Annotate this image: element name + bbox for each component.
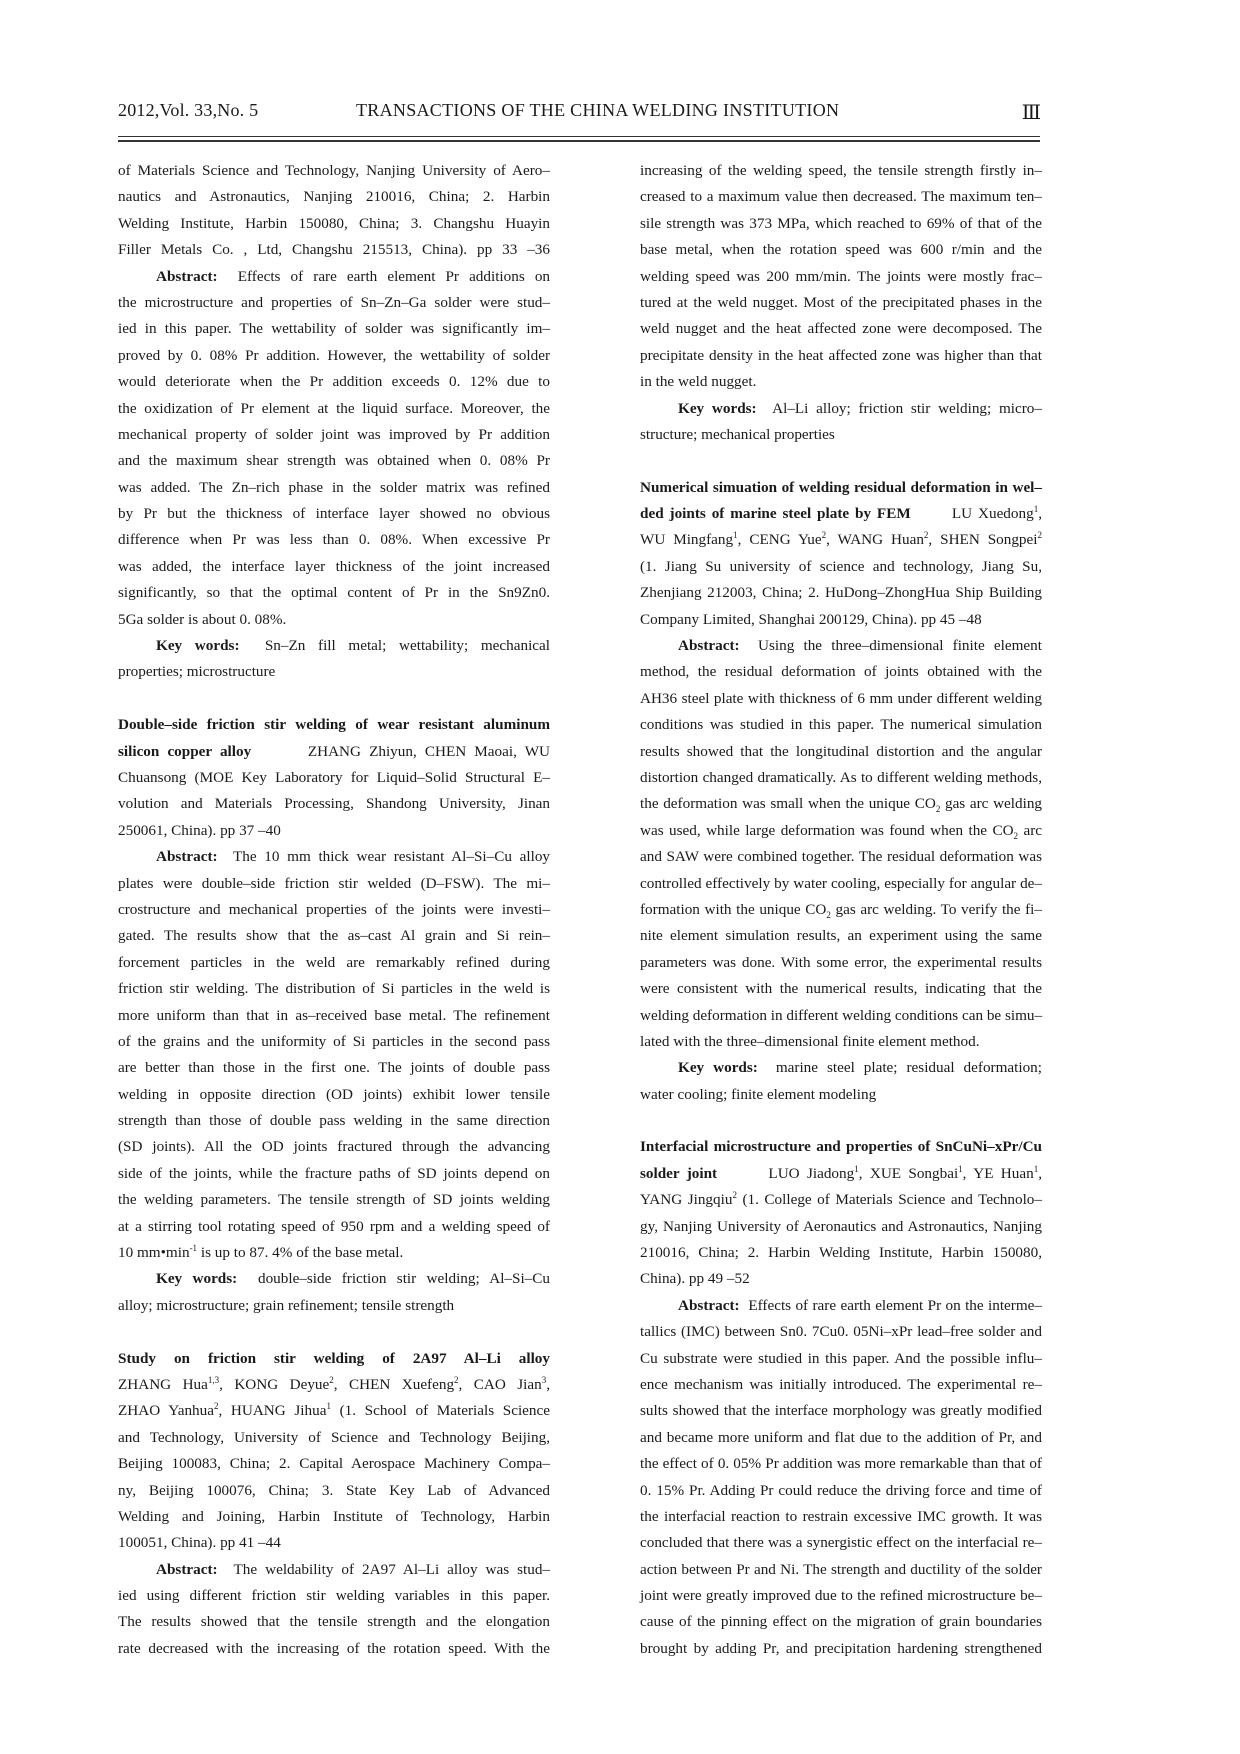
text-line: Cu substrate were studied in this paper.… xyxy=(640,1346,1042,1372)
text-line: the oxidization of Pr element at the liq… xyxy=(118,396,550,422)
header-rule-thin xyxy=(118,136,1040,137)
text-line: formation with the unique CO2 gas arc we… xyxy=(640,897,1042,923)
text-line: properties; microstructure xyxy=(118,659,550,685)
keywords-label: Key words: xyxy=(678,400,757,417)
text-line: ied using different friction stir weldin… xyxy=(118,1583,550,1609)
text-line: the microstructure and properties of Sn–… xyxy=(118,290,550,316)
abstract-label: Abstract: xyxy=(156,268,218,285)
text-line: rate decreased with the increasing of th… xyxy=(118,1636,550,1662)
keywords-label: Key words: xyxy=(156,637,240,654)
text-line: cause of the pinning effect on the migra… xyxy=(640,1609,1042,1635)
authors-line: ZHANG Hua1,3, KONG Deyue2, CHEN Xuefeng2… xyxy=(118,1372,550,1398)
text-line: the effect of 0. 05% Pr addition was mor… xyxy=(640,1451,1042,1477)
text-line: and SAW were combined together. The resi… xyxy=(640,844,1042,870)
text-line: 250061, China). pp 37 –40 xyxy=(118,818,550,844)
text-line: 5Ga solder is about 0. 08%. xyxy=(118,607,550,633)
text-line: of the grains and the uniformity of Si p… xyxy=(118,1029,550,1055)
text-line: the interfacial reaction to restrain exc… xyxy=(640,1504,1042,1530)
text-line: base metal, when the rotation speed was … xyxy=(640,237,1042,263)
title-authors-line: silicon copper alloy ZHANG Zhiyun, CHEN … xyxy=(118,739,550,765)
authors-line: ZHAO Yanhua2, HUANG Jihua1 (1. School of… xyxy=(118,1398,550,1424)
text-line: of Materials Science and Technology, Nan… xyxy=(118,158,550,184)
text-line: difference when Pr was less than 0. 08%.… xyxy=(118,527,550,553)
text-line: are better than those in the first one. … xyxy=(118,1055,550,1081)
abstract-line: Abstract: Effects of rare earth element … xyxy=(640,1293,1042,1319)
text-line: AH36 steel plate with thickness of 6 mm … xyxy=(640,686,1042,712)
text-line: Beijing 100083, China; 2. Capital Aerosp… xyxy=(118,1451,550,1477)
text-line: side of the joints, while the fracture p… xyxy=(118,1161,550,1187)
text-line: Chuansong (MOE Key Laboratory for Liquid… xyxy=(118,765,550,791)
text-line: proved by 0. 08% Pr addition. However, t… xyxy=(118,343,550,369)
article-4: Numerical simuation of welding residual … xyxy=(640,475,1042,1108)
keywords-label: Key words: xyxy=(678,1059,758,1076)
abstract-label: Abstract: xyxy=(678,637,740,654)
keywords-line: Key words: double–side friction stir wel… xyxy=(118,1266,550,1292)
article-3-continuation: increasing of the welding speed, the ten… xyxy=(640,158,1042,448)
text-line: sults showed that the interface morpholo… xyxy=(640,1398,1042,1424)
text-line: 210016, China; 2. Harbin Welding Institu… xyxy=(640,1240,1042,1266)
abstract-label: Abstract: xyxy=(156,1561,218,1578)
text-line: The results showed that the tensile stre… xyxy=(118,1609,550,1635)
right-column: increasing of the welding speed, the ten… xyxy=(640,158,1042,1662)
text-line: tallics (IMC) between Sn0. 7Cu0. 05Ni–xP… xyxy=(640,1319,1042,1345)
title-authors-line: ded joints of marine steel plate by FEM … xyxy=(640,501,1042,527)
text-line: brought by adding Pr, and precipitation … xyxy=(640,1636,1042,1662)
text-line: gated. The results show that the as–cast… xyxy=(118,923,550,949)
text-line: by Pr but the thickness of interface lay… xyxy=(118,501,550,527)
text-line: ence mechanism was initially introduced.… xyxy=(640,1372,1042,1398)
text-line: was added. The Zn–rich phase in the sold… xyxy=(118,475,550,501)
text-line: the deformation was small when the uniqu… xyxy=(640,791,1042,817)
text-line: water cooling; finite element modeling xyxy=(640,1082,1042,1108)
text-line: Filler Metals Co. , Ltd, Changshu 215513… xyxy=(118,237,550,263)
text-line: controlled effectively by water cooling,… xyxy=(640,871,1042,897)
text-line: was added, the interface layer thickness… xyxy=(118,554,550,580)
text-line: strength than those of double pass weldi… xyxy=(118,1108,550,1134)
text-line: the welding parameters. The tensile stre… xyxy=(118,1187,550,1213)
text-line: significantly, so that the optimal conte… xyxy=(118,580,550,606)
text-line: at a stirring tool rotating speed of 950… xyxy=(118,1214,550,1240)
text-line: more uniform than that in as–received ba… xyxy=(118,1003,550,1029)
text-line: Welding and Joining, Harbin Institute of… xyxy=(118,1504,550,1530)
article-title: Numerical simuation of welding residual … xyxy=(640,475,1042,501)
text-line: plates were double–side friction stir we… xyxy=(118,871,550,897)
text-line: increasing of the welding speed, the ten… xyxy=(640,158,1042,184)
abstract-line: Abstract: The 10 mm thick wear resistant… xyxy=(118,844,550,870)
journal-title: TRANSACTIONS OF THE CHINA WELDING INSTIT… xyxy=(356,100,839,121)
text-line: Zhenjiang 212003, China; 2. HuDong–Zhong… xyxy=(640,580,1042,606)
text-line: sile strength was 373 MPa, which reached… xyxy=(640,211,1042,237)
running-header: 2012,Vol. 33,No. 5 TRANSACTIONS OF THE C… xyxy=(118,100,1040,130)
text-line: ny, Beijing 100076, China; 3. State Key … xyxy=(118,1478,550,1504)
abstract-label: Abstract: xyxy=(678,1297,740,1314)
text-line: forcement particles in the weld are rema… xyxy=(118,950,550,976)
text-line: volution and Materials Processing, Shand… xyxy=(118,791,550,817)
text-line: joint were greatly improved due to the r… xyxy=(640,1583,1042,1609)
article-5: Interfacial microstructure and propertie… xyxy=(640,1134,1042,1662)
abstract-line: Abstract: Using the three–dimensional fi… xyxy=(640,633,1042,659)
text-line: mechanical property of solder joint was … xyxy=(118,422,550,448)
text-line: weld nugget and the heat affected zone w… xyxy=(640,316,1042,342)
text-line: 10 mm•min-1 is up to 87. 4% of the base … xyxy=(118,1240,550,1266)
abstract-label: Abstract: xyxy=(156,848,218,865)
keywords-label: Key words: xyxy=(156,1270,237,1287)
text-line: nautics and Astronautics, Nanjing 210016… xyxy=(118,184,550,210)
header-rule-thick xyxy=(118,140,1040,142)
text-line: welding speed was 200 mm/min. The joints… xyxy=(640,264,1042,290)
text-line: creased to a maximum value then decrease… xyxy=(640,184,1042,210)
text-line: crostructure and mechanical properties o… xyxy=(118,897,550,923)
text-line: welding deformation in different welding… xyxy=(640,1003,1042,1029)
article-title: Double–side friction stir welding of wea… xyxy=(118,712,550,738)
article-3: Study on friction stir welding of 2A97 A… xyxy=(118,1346,550,1663)
text-line: gy, Nanjing University of Aeronautics an… xyxy=(640,1214,1042,1240)
text-line: would deteriorate when the Pr addition e… xyxy=(118,369,550,395)
text-line: and the maximum shear strength was obtai… xyxy=(118,448,550,474)
text-line: and Technology, University of Science an… xyxy=(118,1425,550,1451)
left-column: of Materials Science and Technology, Nan… xyxy=(118,158,550,1662)
abstract-line: Abstract: Effects of rare earth element … xyxy=(118,264,550,290)
authors: ZHANG Zhiyun, CHEN Maoai, WU xyxy=(308,743,550,760)
text-line: Welding Institute, Harbin 150080, China;… xyxy=(118,211,550,237)
text-line: were consistent with the numerical resul… xyxy=(640,976,1042,1002)
text-line: (SD joints). All the OD joints fractured… xyxy=(118,1134,550,1160)
authors-line: YANG Jingqiu2 (1. College of Materials S… xyxy=(640,1187,1042,1213)
text-line: nite element simulation results, an expe… xyxy=(640,923,1042,949)
page-number: Ⅲ xyxy=(1022,100,1040,125)
article-title: ded joints of marine steel plate by FEM xyxy=(640,505,911,522)
text-line: lated with the three–dimensional finite … xyxy=(640,1029,1042,1055)
text-line: Company Limited, Shanghai 200129, China)… xyxy=(640,607,1042,633)
issue-info: 2012,Vol. 33,No. 5 xyxy=(118,100,258,121)
keywords-line: Key words: Al–Li alloy; friction stir we… xyxy=(640,396,1042,422)
text-line: 0. 15% Pr. Adding Pr could reduce the dr… xyxy=(640,1478,1042,1504)
keywords-line: Key words: Sn–Zn fill metal; wettability… xyxy=(118,633,550,659)
text-line: (1. Jiang Su university of science and t… xyxy=(640,554,1042,580)
article-title: Study on friction stir welding of 2A97 A… xyxy=(118,1346,550,1372)
text-line: friction stir welding. The distribution … xyxy=(118,976,550,1002)
text-line: in the weld nugget. xyxy=(640,369,1042,395)
article-title: solder joint xyxy=(640,1165,717,1182)
text-line: China). pp 49 –52 xyxy=(640,1266,1042,1292)
text-line: alloy; microstructure; grain refinement;… xyxy=(118,1293,550,1319)
text-line: concluded that there was a synergistic e… xyxy=(640,1530,1042,1556)
text-line: structure; mechanical properties xyxy=(640,422,1042,448)
abstract-line: Abstract: The weldability of 2A97 Al–Li … xyxy=(118,1557,550,1583)
article-2: Double–side friction stir welding of wea… xyxy=(118,712,550,1319)
keywords-line: Key words: marine steel plate; residual … xyxy=(640,1055,1042,1081)
text-line: parameters was done. With some error, th… xyxy=(640,950,1042,976)
text-line: welding in opposite direction (OD joints… xyxy=(118,1082,550,1108)
text-line: and became more uniform and flat due to … xyxy=(640,1425,1042,1451)
text-line: tured at the weld nugget. Most of the pr… xyxy=(640,290,1042,316)
authors-line: WU Mingfang1, CENG Yue2, WANG Huan2, SHE… xyxy=(640,527,1042,553)
article-title: Interfacial microstructure and propertie… xyxy=(640,1134,1042,1160)
text-line: action between Pr and Ni. The strength a… xyxy=(640,1557,1042,1583)
text-line: 100051, China). pp 41 –44 xyxy=(118,1530,550,1556)
title-authors-line: solder joint LUO Jiadong1, XUE Songbai1,… xyxy=(640,1161,1042,1187)
text-line: conditions was studied in this paper. Th… xyxy=(640,712,1042,738)
text-line: results showed that the longitudinal dis… xyxy=(640,739,1042,765)
text-line: was used, while large deformation was fo… xyxy=(640,818,1042,844)
article-1-continuation: of Materials Science and Technology, Nan… xyxy=(118,158,550,686)
text-line: ied in this paper. The wettability of so… xyxy=(118,316,550,342)
text-line: distortion changed dramatically. As to d… xyxy=(640,765,1042,791)
article-title: silicon copper alloy xyxy=(118,743,251,760)
text-line: precipitate density in the heat affected… xyxy=(640,343,1042,369)
text-line: method, the residual deformation of join… xyxy=(640,659,1042,685)
